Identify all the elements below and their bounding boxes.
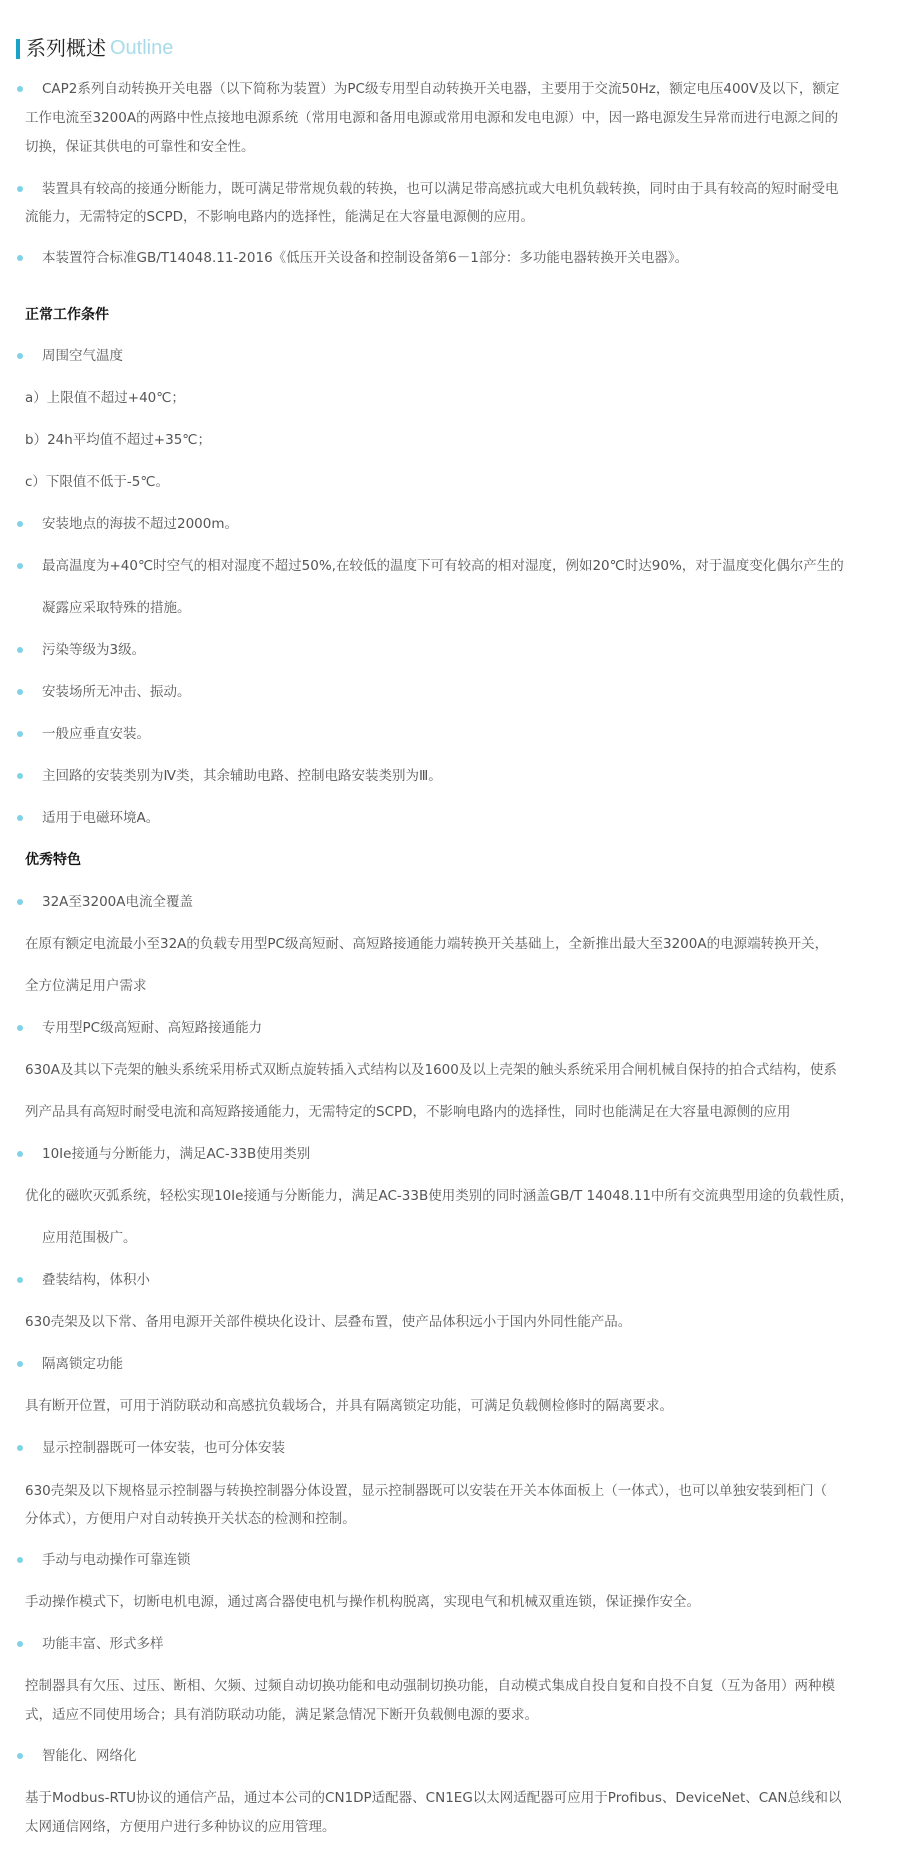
bullet-icon: [17, 353, 23, 359]
condition-ambient-sub-c: c）下限值不低于-5℃。: [25, 472, 169, 492]
feature-8-title: 功能丰富、形式多样: [42, 1634, 164, 1654]
feature-3-line-1: 优化的磁吹灭弧系统，轻松实现10Ie接通与分断能力，满足AC-33B使用类别的同…: [25, 1186, 853, 1206]
bullet-icon: [17, 815, 23, 821]
bullet-icon: [17, 647, 23, 653]
feature-1-title: 32A至3200A电流全覆盖: [42, 892, 193, 912]
bullet-icon: [17, 1641, 23, 1647]
bullet-icon: [17, 255, 23, 261]
condition-humidity-line-1: 最高温度为+40℃时空气的相对湿度不超过50%,在较低的温度下可有较高的相对湿度…: [42, 556, 844, 576]
condition-no-shock: 安装场所无冲击、振动。: [42, 682, 191, 702]
outline-item-2-line-2: 流能力，无需特定的SCPD，不影响电路内的选择性，能满足在大容量电源侧的应用。: [25, 207, 534, 227]
title-chinese: 系列概述: [26, 34, 106, 62]
bullet-icon: [17, 86, 23, 92]
bullet-icon: [17, 899, 23, 905]
feature-9-line-1: 基于Modbus-RTU协议的通信产品，通过本公司的CN1DP适配器、CN1EG…: [25, 1788, 842, 1808]
feature-2-title: 专用型PC级高短耐、高短路接通能力: [42, 1018, 262, 1038]
condition-pollution: 污染等级为3级。: [42, 640, 145, 660]
bullet-icon: [17, 1277, 23, 1283]
bullet-icon: [17, 1445, 23, 1451]
feature-2-line-1: 630A及其以下壳架的触头系统采用桥式双断点旋转插入式结构以及1600及以上壳架…: [25, 1060, 837, 1080]
bullet-icon: [17, 1151, 23, 1157]
feature-7-title: 手动与电动操作可靠连锁: [42, 1550, 191, 1570]
feature-3-title: 10Ie接通与分断能力，满足AC-33B使用类别: [42, 1144, 310, 1164]
feature-9-title: 智能化、网络化: [42, 1746, 137, 1766]
feature-5-title: 隔离锁定功能: [42, 1354, 123, 1374]
feature-6-line-1: 630壳架及以下规格显示控制器与转换控制器分体设置，显示控制器既可以安装在开关本…: [25, 1481, 827, 1501]
feature-4-title: 叠装结构，体积小: [42, 1270, 150, 1290]
condition-vertical: 一般应垂直安装。: [42, 724, 150, 744]
condition-install-category: 主回路的安装类别为Ⅳ类，其余辅助电路、控制电路安装类别为Ⅲ。: [42, 766, 442, 786]
outline-item-3-line-1: 本装置符合标准GB/T14048.11-2016《低压开关设备和控制设备第6－1…: [42, 248, 688, 268]
title-accent-bar: [16, 39, 20, 59]
feature-4-line-1: 630壳架及以下常、备用电源开关部件模块化设计、层叠布置，使产品体积远小于国内外…: [25, 1312, 631, 1332]
feature-5-line-1: 具有断开位置，可用于消防联动和高感抗负载场合，并具有隔离锁定功能，可满足负载侧检…: [25, 1396, 673, 1416]
conditions-heading: 正常工作条件: [25, 305, 109, 325]
bullet-icon: [17, 563, 23, 569]
outline-item-2-line-1: 装置具有较高的接通分断能力，既可满足带常规负载的转换，也可以满足带高感抗或大电机…: [42, 179, 839, 199]
bullet-icon: [17, 731, 23, 737]
feature-2-line-2: 列产品具有高短时耐受电流和高短路接通能力，无需特定的SCPD，不影响电路内的选择…: [25, 1102, 791, 1122]
bullet-icon: [17, 689, 23, 695]
condition-ambient-label: 周围空气温度: [42, 346, 123, 366]
bullet-icon: [17, 1753, 23, 1759]
outline-item-1-line-2: 工作电流至3200A的两路中性点接地电源系统（常用电源和备用电源或常用电源和发电…: [25, 108, 838, 128]
feature-6-line-2: 分体式），方便用户对自动转换开关状态的检测和控制。: [25, 1509, 356, 1529]
condition-humidity-line-2: 凝露应采取特殊的措施。: [42, 598, 191, 618]
title-english: Outline: [110, 34, 173, 62]
feature-8-line-2: 式，适应不同使用场合；具有消防联动功能，满足紧急情况下断开负载侧电源的要求。: [25, 1705, 538, 1725]
bullet-icon: [17, 1557, 23, 1563]
features-heading: 优秀特色: [25, 850, 81, 870]
condition-emc: 适用于电磁环境A。: [42, 808, 159, 828]
bullet-icon: [17, 1025, 23, 1031]
bullet-icon: [17, 1361, 23, 1367]
bullet-icon: [17, 521, 23, 527]
feature-9-line-2: 太网通信网络，方便用户进行多种协议的应用管理。: [25, 1817, 336, 1837]
bullet-icon: [17, 186, 23, 192]
feature-1-line-2: 全方位满足用户需求: [25, 976, 147, 996]
outline-item-1-line-1: CAP2系列自动转换开关电器（以下简称为装置）为PC级专用型自动转换开关电器，主…: [42, 79, 839, 99]
feature-8-line-1: 控制器具有欠压、过压、断相、欠频、过频自动切换功能和电动强制切换功能，自动模式集…: [25, 1676, 835, 1696]
condition-altitude: 安装地点的海拔不超过2000m。: [42, 514, 238, 534]
condition-ambient-sub-a: a）上限值不超过+40℃；: [25, 388, 185, 408]
feature-7-line-1: 手动操作模式下，切断电机电源，通过离合器使电机与操作机构脱离，实现电气和机械双重…: [25, 1592, 700, 1612]
condition-ambient-sub-b: b）24h平均值不超过+35℃；: [25, 430, 211, 450]
feature-3-line-2: 应用范围极广。: [42, 1228, 137, 1248]
feature-1-line-1: 在原有额定电流最小至32A的负载专用型PC级高短耐、高短路接通能力端转换开关基础…: [25, 934, 828, 954]
bullet-icon: [17, 773, 23, 779]
feature-6-title: 显示控制器既可一体安装，也可分体安装: [42, 1438, 285, 1458]
outline-item-1-line-3: 切换，保证其供电的可靠性和安全性。: [25, 137, 255, 157]
